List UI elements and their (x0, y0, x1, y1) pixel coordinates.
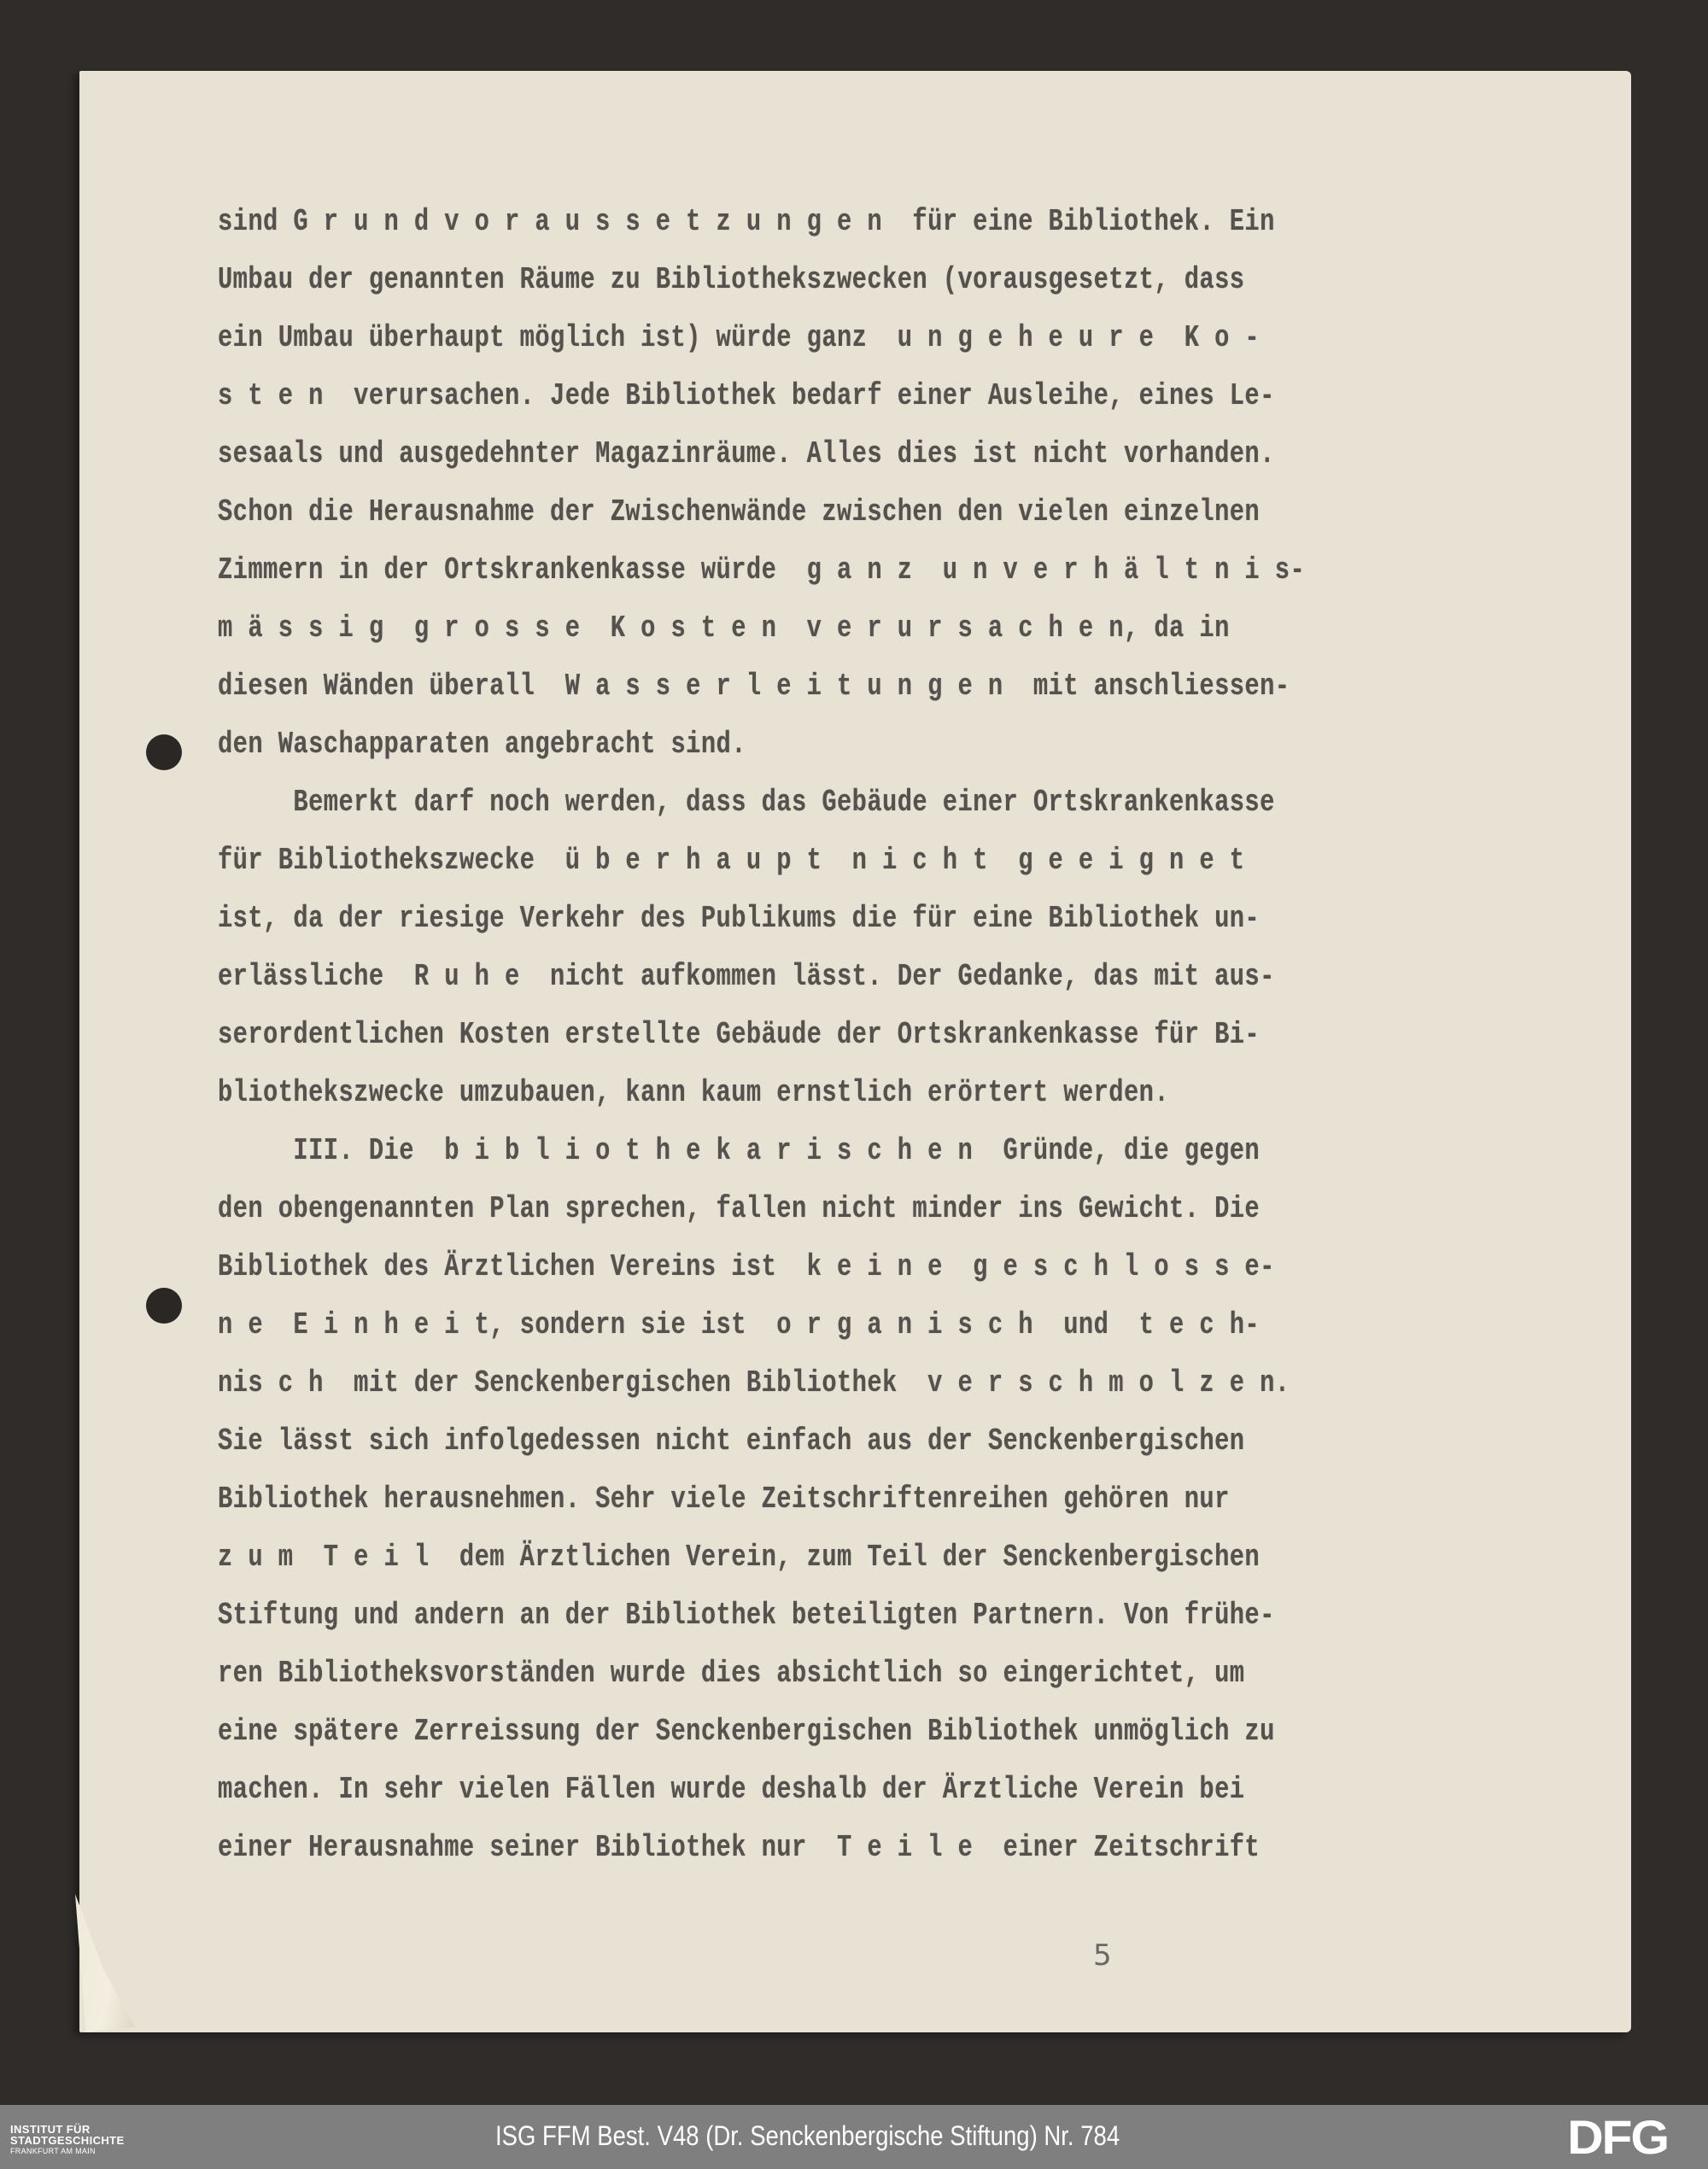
text-line: diesen Wänden überall W a s s e r l e i … (218, 658, 1338, 716)
text-line: Zimmern in der Ortskrankenkasse würde g … (218, 541, 1338, 599)
text-line: Stiftung und andern an der Bibliothek be… (218, 1587, 1338, 1645)
text-line: bliothekszwecke umzubauen, kann kaum ern… (218, 1064, 1338, 1122)
text-line: Schon die Herausnahme der Zwischenwände … (218, 483, 1338, 541)
text-line: s t e n verursachen. Jede Bibliothek bed… (218, 367, 1338, 425)
dfg-logo-icon: DFG (1567, 2116, 1668, 2159)
institute-logo: INSTITUT FÜR STADTGESCHICHTE FRANKFURT A… (10, 2124, 125, 2155)
text-line: erlässliche R u h e nicht aufkommen läss… (218, 948, 1338, 1006)
text-line: Bibliothek herausnehmen. Sehr viele Zeit… (218, 1470, 1338, 1529)
text-line: machen. In sehr vielen Fällen wurde desh… (218, 1761, 1338, 1819)
punch-hole-icon (146, 1288, 182, 1324)
text-line: z u m T e i l dem Ärztlichen Verein, zum… (218, 1529, 1338, 1587)
text-line: serordentlichen Kosten erstellte Gebäude… (218, 1006, 1338, 1064)
text-line: Bemerkt darf noch werden, dass das Gebäu… (218, 774, 1338, 832)
institute-name-line2: STADTGESCHICHTE (10, 2135, 125, 2146)
text-line: eine spätere Zerreissung der Senckenberg… (218, 1703, 1338, 1761)
archive-footer-bar: INSTITUT FÜR STADTGESCHICHTE FRANKFURT A… (0, 2105, 1708, 2169)
text-line: sesaals und ausgedehnter Magazinräume. A… (218, 425, 1338, 483)
text-line: sind G r u n d v o r a u s s e t z u n g… (218, 193, 1338, 251)
text-line: ein Umbau überhaupt möglich ist) würde g… (218, 309, 1338, 367)
handwritten-page-number: 5 (1093, 1938, 1112, 1973)
text-line: für Bibliothekszwecke ü b e r h a u p t … (218, 832, 1338, 890)
text-line: III. Die b i b l i o t h e k a r i s c h… (218, 1122, 1338, 1180)
text-line: nis c h mit der Senckenbergischen Biblio… (218, 1354, 1338, 1412)
text-line: Bibliothek des Ärztlichen Vereins ist k … (218, 1238, 1338, 1296)
text-line: den obengenannten Plan sprechen, fallen … (218, 1180, 1338, 1238)
punch-hole-icon (146, 734, 182, 770)
typewritten-body: sind G r u n d v o r a u s s e t z u n g… (218, 193, 1618, 1877)
text-line: ren Bibliotheksvorständen wurde dies abs… (218, 1645, 1338, 1703)
text-line: m ä s s i g g r o s s e K o s t e n v e … (218, 599, 1338, 658)
text-line: ist, da der riesige Verkehr des Publikum… (218, 890, 1338, 948)
text-line: einer Herausnahme seiner Bibliothek nur … (218, 1819, 1338, 1877)
institute-location: FRANKFURT AM MAIN (10, 2148, 125, 2155)
text-line: Sie lässt sich infolgedessen nicht einfa… (218, 1412, 1338, 1470)
text-line: n e E i n h e i t, sondern sie ist o r g… (218, 1296, 1338, 1354)
text-line: Umbau der genannten Räume zu Bibliotheks… (218, 251, 1338, 309)
text-line: den Waschapparaten angebracht sind. (218, 716, 1338, 774)
archive-reference: ISG FFM Best. V48 (Dr. Senckenbergische … (495, 2120, 1120, 2152)
